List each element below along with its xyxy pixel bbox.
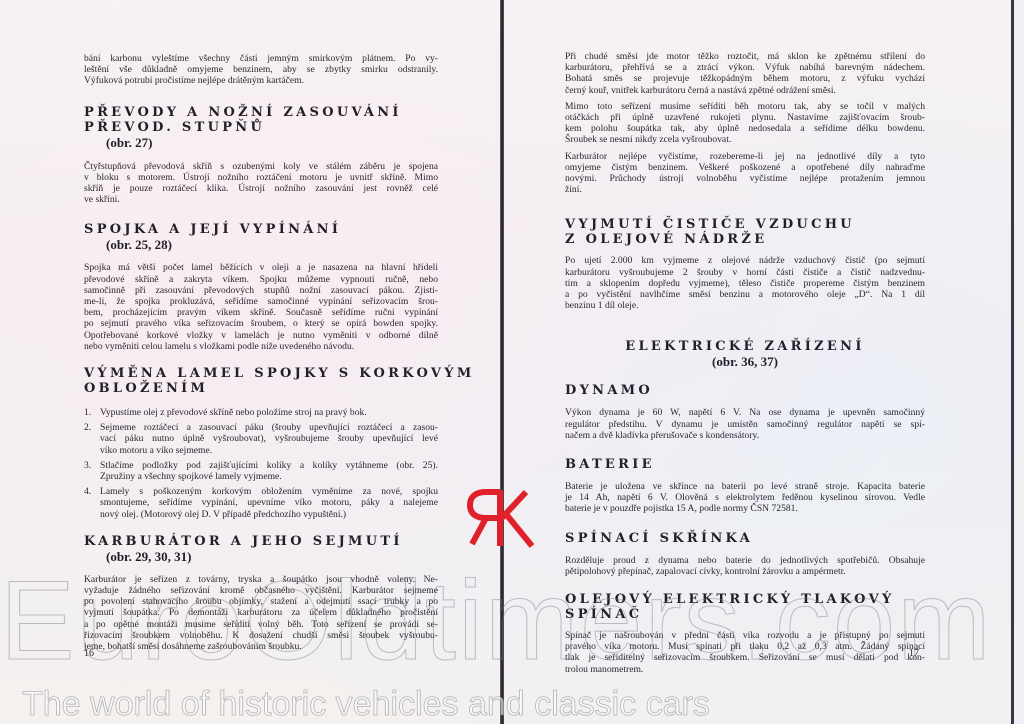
section-paragraph: Výkon dynama je 60 W, napětí 6 V. Na ose… <box>565 407 925 441</box>
section-spinaci-skrinka: SPÍNACÍ SKŘÍNKA Rozděluje proud z dynama… <box>565 531 925 577</box>
right-column: Při chudé směsi jde motor těžko roztočit… <box>565 51 925 680</box>
section-prevody: PŘEVODY A NOŽNÍ ZASOUVÁNÍ PŘEVOD. STUPŇŮ… <box>84 105 438 206</box>
section-paragraph: Karburátor je seřízen z továrny, tryska … <box>84 574 438 652</box>
section-heading: SPOJKA A JEJÍ VYPÍNÁNÍ <box>84 222 438 237</box>
list-item: 2. Sejmeme roztáčecí a zasouvací páku (š… <box>84 422 438 456</box>
section-spojka: SPOJKA A JEJÍ VYPÍNÁNÍ (obr. 25, 28) Spo… <box>84 222 438 352</box>
section-vymena-lamel: VÝMĚNA LAMEL SPOJKY S KORKOVÝM OBLOŽENÍM… <box>84 366 438 520</box>
section-heading: SPÍNACÍ SKŘÍNKA <box>565 531 925 546</box>
intro-paragraph: Mimo toto seřízení musíme seříditi běh m… <box>565 101 925 146</box>
section-baterie: BATERIE Baterie je uložena ve skřínce na… <box>565 457 925 515</box>
section-heading: OLEJOVÝ ELEKTRICKÝ TLAKOVÝ SPÍNAČ <box>565 592 925 622</box>
book-spine <box>500 0 504 724</box>
section-elektricke-zarizeni: ELEKTRICKÉ ZAŘÍZENÍ (obr. 36, 37) <box>565 339 925 369</box>
section-paragraph: Po ujetí 2.000 km vyjmeme z olejové nádr… <box>565 255 925 311</box>
section-heading: VYJMUTÍ ČISTIČE VZDUCHU Z OLEJOVÉ NÁDRŽE <box>565 217 925 247</box>
section-heading: PŘEVODY A NOŽNÍ ZASOUVÁNÍ PŘEVOD. STUPŇŮ <box>84 105 438 135</box>
section-paragraph: Čtyřstupňová převodová skříň s ozubenými… <box>84 161 438 206</box>
figure-reference: (obr. 29, 30, 31) <box>106 549 438 564</box>
section-paragraph: Rozděluje proud z dynama nebo baterie do… <box>565 555 925 577</box>
figure-reference: (obr. 27) <box>106 135 438 150</box>
section-heading: VÝMĚNA LAMEL SPOJKY S KORKOVÝM OBLOŽENÍM <box>84 366 438 396</box>
book-spread: bání karbonu vyleštíme všechny části jem… <box>0 0 1024 724</box>
list-item: 4. Lamely s poškozeným korkovým obložení… <box>84 486 438 520</box>
figure-reference: (obr. 36, 37) <box>565 354 925 369</box>
scan-margin <box>1014 0 1024 724</box>
section-dynamo: DYNAMO Výkon dynama je 60 W, napětí 6 V.… <box>565 383 925 441</box>
section-heading: BATERIE <box>565 457 925 472</box>
section-olejovy-spinac: OLEJOVÝ ELEKTRICKÝ TLAKOVÝ SPÍNAČ Spínač… <box>565 592 925 675</box>
list-item: 1. Vypustíme olej z převodové skříně neb… <box>84 407 438 418</box>
intro-paragraph: Při chudé směsi jde motor těžko roztočit… <box>565 51 925 96</box>
section-paragraph: Spojka má větší počet lamel běžících v o… <box>84 262 438 352</box>
page-number: 16 <box>84 648 94 659</box>
section-heading: DYNAMO <box>565 383 925 398</box>
page-number: 17 <box>909 648 919 659</box>
left-column: bání karbonu vyleštíme všechny části jem… <box>84 53 438 657</box>
section-vyjmuti-cistice: VYJMUTÍ ČISTIČE VZDUCHU Z OLEJOVÉ NÁDRŽE… <box>565 217 925 311</box>
section-paragraph: Spínač je našroubován v přední části vík… <box>565 630 925 675</box>
intro-paragraph: Karburátor nejlépe vyčistíme, rozebereme… <box>565 151 925 196</box>
numbered-list: 1. Vypustíme olej z převodové skříně neb… <box>84 407 438 520</box>
section-karburator: KARBURÁTOR A JEHO SEJMUTÍ (obr. 29, 30, … <box>84 534 438 652</box>
right-page: Při chudé směsi jde motor těžko roztočit… <box>505 0 1012 724</box>
chapter-heading: ELEKTRICKÉ ZAŘÍZENÍ <box>565 339 925 354</box>
list-item: 3. Stlačíme podložky pod zajišťujícími k… <box>84 460 438 482</box>
section-heading: KARBURÁTOR A JEHO SEJMUTÍ <box>84 534 438 549</box>
figure-reference: (obr. 25, 28) <box>106 237 438 252</box>
left-page: bání karbonu vyleštíme všechny části jem… <box>0 0 502 724</box>
intro-paragraph: bání karbonu vyleštíme všechny části jem… <box>84 53 438 87</box>
section-paragraph: Baterie je uložena ve skřínce na baterii… <box>565 481 925 515</box>
rk-logo-icon <box>462 486 538 550</box>
